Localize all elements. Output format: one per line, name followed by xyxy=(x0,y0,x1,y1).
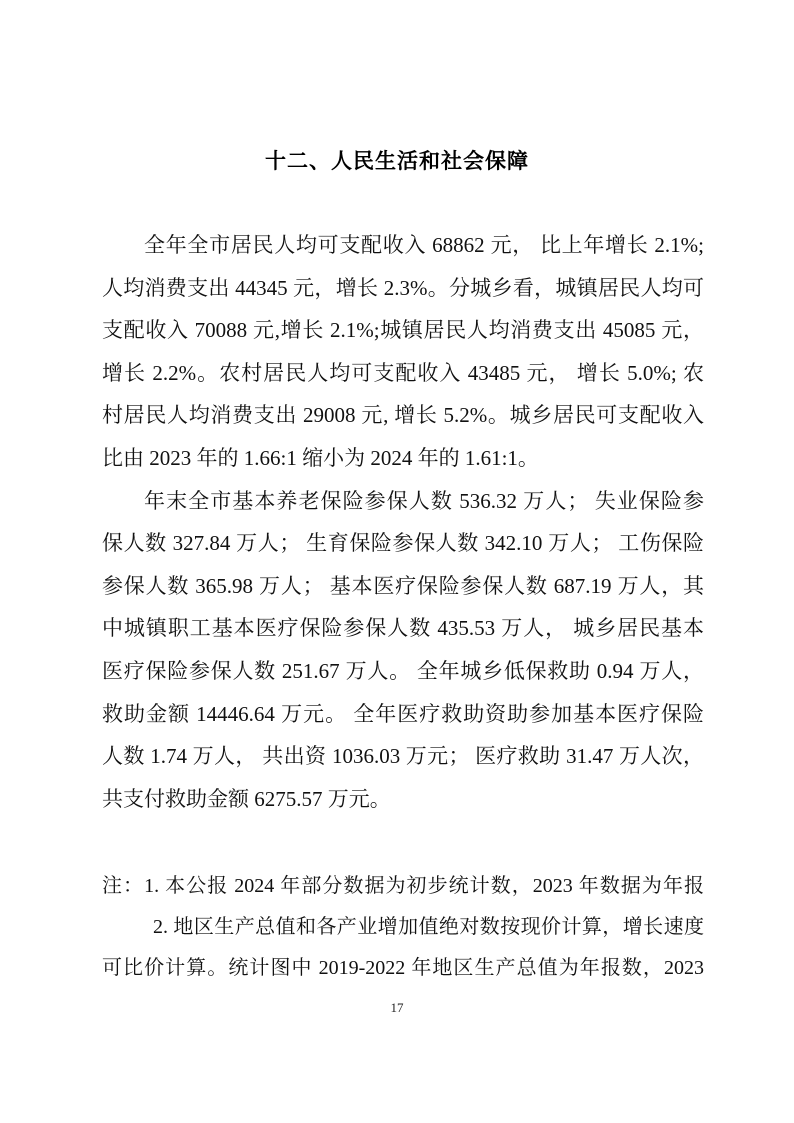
page-footer: 17 xyxy=(0,1000,794,1016)
body-line: 参保人数 365.98 万人； 基本医疗保险参保人数 687.19 万人，其 xyxy=(102,565,704,608)
footnotes: 注：1. 本公报 2024 年部分数据为初步统计数，2023 年数据为年报数。 … xyxy=(102,866,704,989)
body-line: 村居民人均消费支出 29008 元, 增长 5.2%。城乡居民可支配收入 xyxy=(102,394,704,437)
body-line: 中城镇职工基本医疗保险参保人数 435.53 万人， 城乡居民基本 xyxy=(102,607,704,650)
body-line: 医疗保险参保人数 251.67 万人。 全年城乡低保救助 0.94 万人， xyxy=(102,650,704,693)
body-line: 共支付救助金额 6275.57 万元。 xyxy=(102,778,704,821)
paragraph-social-insurance: 年末全市基本养老保险参保人数 536.32 万人； 失业保险参 保人数 327.… xyxy=(102,480,704,821)
section-title: 十二、人民生活和社会保障 xyxy=(0,146,794,178)
body-line: 人数 1.74 万人， 共出资 1036.03 万元； 医疗救助 31.47 万… xyxy=(102,735,704,778)
document-page: 十二、人民生活和社会保障 全年全市居民人均可支配收入 68862 元， 比上年增… xyxy=(0,0,794,1123)
body-line: 比由 2023 年的 1.66:1 缩小为 2024 年的 1.61:1。 xyxy=(102,437,704,480)
body-line: 全年全市居民人均可支配收入 68862 元， 比上年增长 2.1%; xyxy=(102,224,704,267)
body-line: 增长 2.2%。农村居民人均可支配收入 43485 元， 增长 5.0%; 农 xyxy=(102,352,704,395)
body-line: 年末全市基本养老保险参保人数 536.32 万人； 失业保险参 xyxy=(102,480,704,523)
body-line: 救助金额 14446.64 万元。 全年医疗救助资助参加基本医疗保险 xyxy=(102,693,704,736)
note-line: 注：1. 本公报 2024 年部分数据为初步统计数，2023 年数据为年报数。 xyxy=(102,866,704,907)
note-line: 可比价计算。统计图中 2019-2022 年地区生产总值为年报数，2023 xyxy=(102,948,704,989)
body-line: 人均消费支出 44345 元，增长 2.3%。分城乡看，城镇居民人均可 xyxy=(102,267,704,310)
body-line: 支配收入 70088 元,增长 2.1%;城镇居民人均消费支出 45085 元， xyxy=(102,309,704,352)
body-text: 全年全市居民人均可支配收入 68862 元， 比上年增长 2.1%; 人均消费支… xyxy=(102,224,704,820)
page-number: 17 xyxy=(391,1000,404,1015)
body-line: 保人数 327.84 万人； 生育保险参保人数 342.10 万人； 工伤保险 xyxy=(102,522,704,565)
note-line: 2. 地区生产总值和各产业增加值绝对数按现价计算，增长速度按 xyxy=(102,907,704,948)
paragraph-income: 全年全市居民人均可支配收入 68862 元， 比上年增长 2.1%; 人均消费支… xyxy=(102,224,704,480)
